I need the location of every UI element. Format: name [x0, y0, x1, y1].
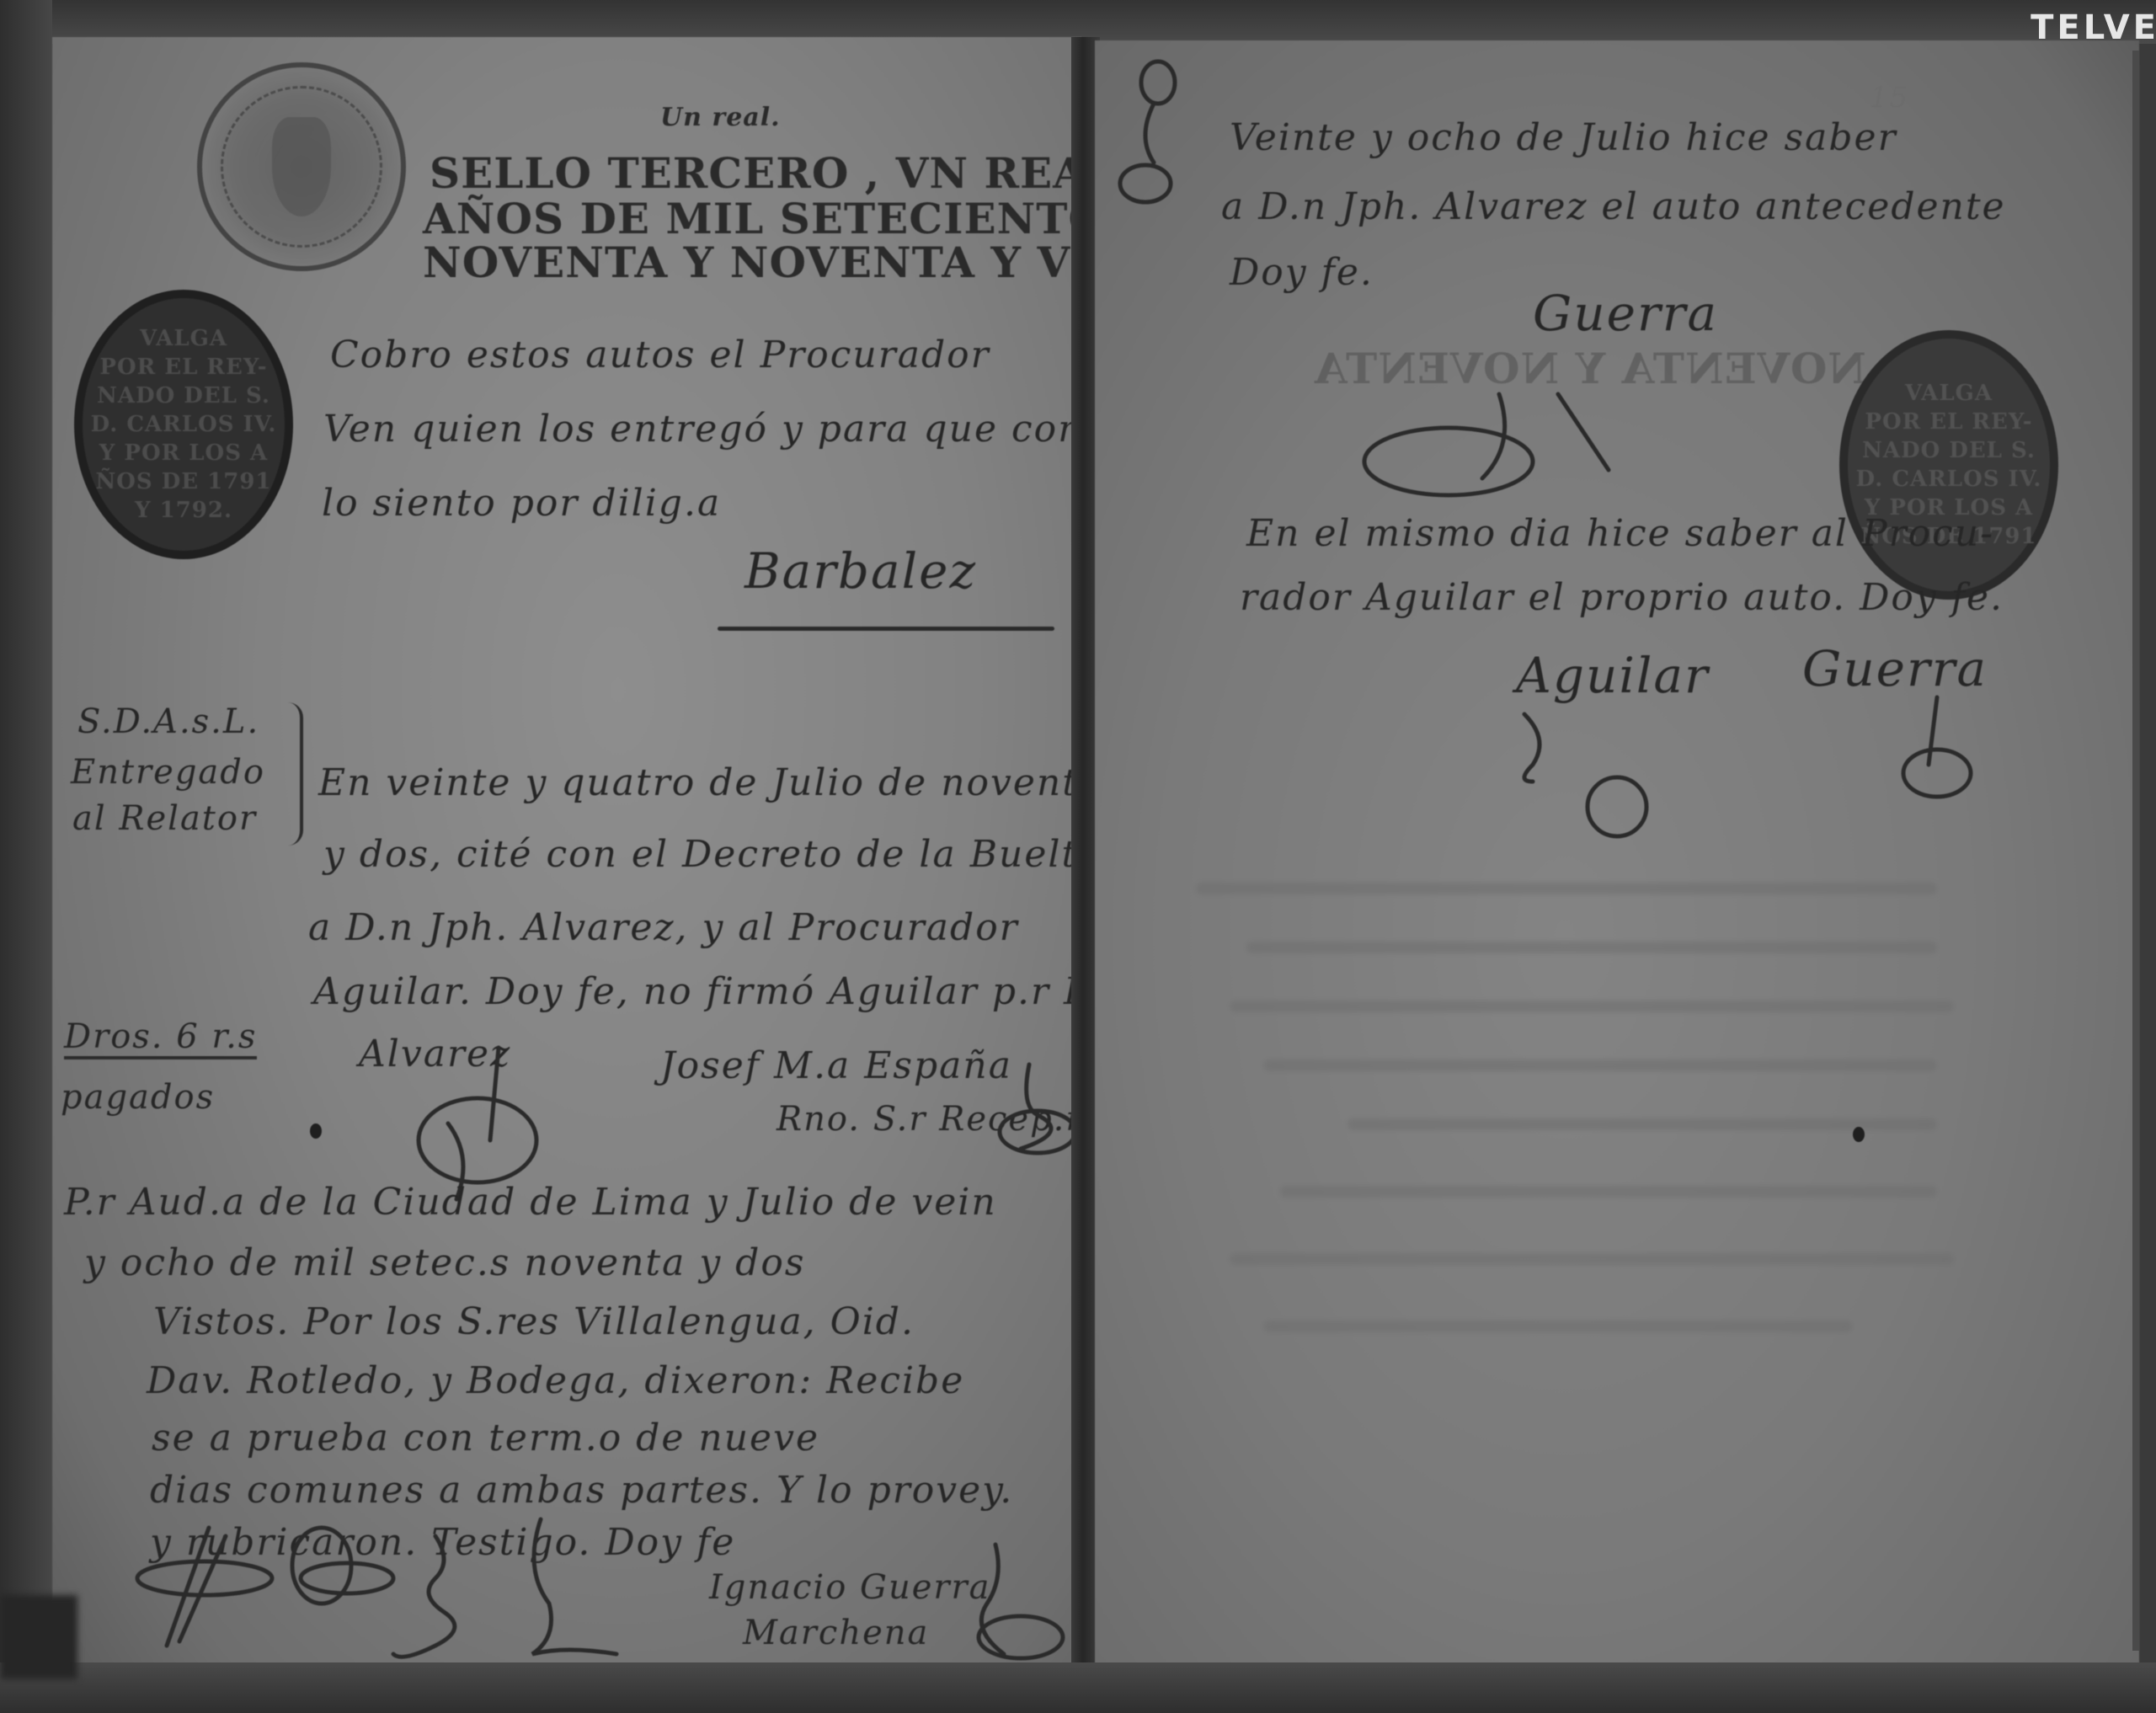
right-paragraph-2-line-1: En el mismo dia hice saber al Procu-: [1246, 512, 1994, 555]
seal-line: VALGA: [1905, 379, 1993, 408]
right-paragraph-1-line-2: a D.n Jph. Alvarez el auto antecedente: [1221, 185, 2006, 228]
margin-note-1-line-2: Entregado: [71, 753, 265, 792]
seal-line: D. CARLOS IV.: [1856, 465, 2042, 494]
bleed-through-line: [1347, 1118, 1937, 1130]
paragraph-3-line-4: Dav. Rotledo, y Bodega, dixeron: Recibe: [147, 1359, 964, 1402]
rubric-guerra-right: [1886, 697, 1988, 807]
margin-note-2-fees: Dros. 6 r.s: [64, 1017, 257, 1059]
margin-note-2-paid: pagados: [61, 1078, 215, 1117]
rubric-1: [133, 1528, 276, 1646]
left-page: Un real. SELLO TERCERO , VN REAL: AÑOS D…: [52, 37, 1081, 1669]
rubric-flourish-espana: [979, 1065, 1080, 1157]
bleed-through-print: NOVENTA Y NOVENTA: [1314, 345, 1866, 392]
paragraph-1-line-3: lo siento por dilig.a: [322, 482, 721, 525]
paragraph-2-line-3: a D.n Jph. Alvarez, y al Procurador: [308, 906, 1019, 949]
bleed-through-line: [1263, 1059, 1937, 1071]
rubric-3: [389, 1536, 482, 1662]
rubric-aguilar: [1491, 714, 1659, 840]
seal-line: ÑOS DE 1791: [95, 467, 271, 496]
stamp-header-line-3: NOVENTA Y NOVENTA Y VNO.: [423, 239, 1081, 286]
ink-dot: [310, 1123, 322, 1139]
bleed-through-line: [1246, 942, 1937, 953]
coat-of-arms-icon: [272, 117, 332, 216]
seal-line: NADO DEL S.: [1862, 436, 2036, 465]
bleed-through-line: [1230, 1001, 1954, 1012]
bleed-through-line: [1263, 1321, 1853, 1332]
paragraph-3-line-5: se a prueba con term.o de nueve: [152, 1417, 819, 1460]
right-paragraph-2-line-2: rador Aguilar el proprio auto. Doy fe.: [1240, 576, 2004, 619]
paragraph-3-line-2: y ocho de mil setec.s noventa y dos: [84, 1241, 805, 1284]
seal-line: POR EL REY-: [1865, 408, 2032, 436]
royal-coat-of-arms-seal: [197, 62, 406, 271]
ink-dot: [1853, 1127, 1865, 1142]
right-page: 15 Veinte y ocho de Julio hice saber a D…: [1095, 40, 2139, 1666]
paragraph-3-line-3: Vistos. Por los S.res Villalengua, Oid.: [153, 1300, 915, 1343]
corner-clip-shadow: [0, 1595, 77, 1679]
seal-line: D. CARLOS IV.: [91, 410, 277, 439]
seal-line: VALGA: [140, 324, 227, 353]
stamp-header-line-2: AÑOS DE MIL SETECIENTOS: [423, 195, 1081, 243]
paragraph-2-line-2: y dos, cité con el Decreto de la Buelta: [323, 833, 1081, 876]
paragraph-1-line-1: Cobro estos autos el Procurador: [330, 334, 990, 376]
paragraph-2-line-1: En veinte y quatro de Julio de noventa: [318, 761, 1081, 804]
stamp-header-line-1: SELLO TERCERO , VN REAL:: [430, 150, 1081, 197]
margin-note-1-line-3: al Relator: [72, 799, 257, 838]
signature-guerra-right-2: Guerra: [1802, 640, 1988, 697]
microfilm-frame-bottom: [0, 1662, 2156, 1713]
paragraph-3-line-6: dias comunes a ambas partes. Y lo provey…: [150, 1469, 1013, 1512]
margin-rubric-icon: [1112, 57, 1187, 209]
right-paragraph-1-line-3: Doy fe.: [1230, 251, 1374, 294]
oval-seal-carlos-iv-right: VALGA POR EL REY- NADO DEL S. D. CARLOS …: [1839, 330, 2058, 600]
seal-line: NADO DEL S.: [97, 382, 270, 410]
paragraph-3-line-1: P.r Aud.a de la Ciudad de Lima y Julio d…: [64, 1181, 997, 1224]
rubric-4: [499, 1519, 616, 1662]
signature-guerra-line-2: Marchena: [743, 1614, 929, 1652]
seal-line: Y 1792.: [135, 496, 232, 525]
bleed-through-line: [1230, 1253, 1954, 1265]
microfilm-frame-left: [0, 0, 52, 1713]
bleed-through-line: [1196, 883, 1937, 894]
signature-espana-line-1: Josef M.a España: [660, 1044, 1012, 1087]
paragraph-2-line-4: Aguilar. Doy fe, no firmó Aguilar p.r En…: [313, 970, 1081, 1013]
rubric-flourish-right: [1347, 394, 1651, 512]
folio-number: 15: [1870, 81, 1909, 115]
seal-line: POR EL REY-: [99, 353, 267, 382]
paragraph-1-line-2: Ven quien los entregó y para que conste: [323, 408, 1081, 451]
signature-barbalez: Barbalez: [744, 542, 977, 600]
rubric-flourish-alvarez: [398, 1048, 566, 1199]
rubric-2: [280, 1528, 398, 1620]
stamp-denomination: Un real.: [660, 103, 781, 132]
rubric-flourish-guerra: [945, 1545, 1071, 1669]
seal-line: Y POR LOS A: [99, 439, 268, 467]
signature-underline: [718, 627, 1054, 631]
page-edge: [2132, 51, 2139, 1651]
right-paragraph-1-line-1: Veinte y ocho de Julio hice saber: [1230, 116, 1897, 159]
signature-guerra-right: Guerra: [1533, 285, 1718, 342]
margin-note-1-line-1: S.D.A.s.L.: [77, 702, 259, 741]
bleed-through-line: [1280, 1186, 1937, 1198]
oval-seal-carlos-iv: VALGA POR EL REY- NADO DEL S. D. CARLOS …: [74, 290, 293, 559]
margin-brace: [288, 702, 303, 846]
signature-aguilar: Aguilar: [1516, 647, 1710, 704]
